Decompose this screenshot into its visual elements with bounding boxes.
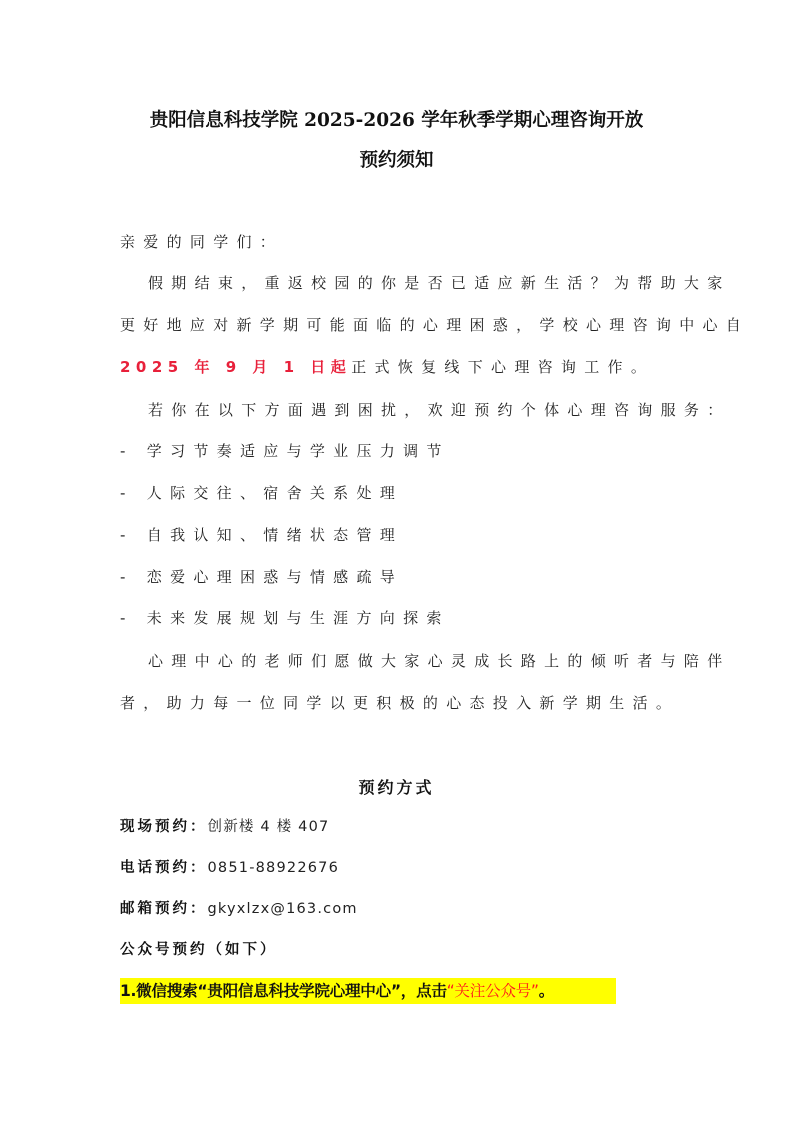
contact-label: 现场预约： — [120, 819, 208, 835]
contact-value: 创新楼 4 楼 407 — [208, 819, 330, 835]
section-title-booking-methods: 预约方式 — [0, 775, 793, 798]
intro-line-3-rest: 正式恢复线下心理咨询工作。 — [351, 358, 654, 376]
contact-email: 邮箱预约：gkyxlzx@163.com — [120, 899, 358, 919]
service-item: - 未来发展规划与生涯方向探索 — [120, 608, 680, 628]
contact-phone: 电话预约：0851-88922676 — [120, 858, 339, 878]
intro-line-3: 2025 年 9 月 1 日起正式恢复线下心理咨询工作。 — [120, 357, 680, 377]
document-page: 贵阳信息科技学院 2025-2026 学年秋季学期心理咨询开放 预约须知 亲爱的… — [0, 0, 793, 1122]
service-item: - 自我认知、情绪状态管理 — [120, 525, 680, 545]
wechat-step-text: 1.微信搜索“贵阳信息科技学院心理中心”，点击 — [120, 982, 447, 1000]
intro-line-1: 假期结束，重返校园的你是否已适应新生活？为帮助大家 — [148, 273, 708, 293]
document-title-line2: 预约须知 — [100, 146, 693, 172]
contact-label: 邮箱预约： — [120, 901, 208, 917]
document-title-line1: 贵阳信息科技学院 2025-2026 学年秋季学期心理咨询开放 — [100, 106, 693, 132]
service-item: - 学习节奏适应与学业压力调节 — [120, 441, 680, 461]
closing-line-2: 者，助力每一位同学以更积极的心态投入新学期生活。 — [120, 693, 680, 713]
contact-wechat: 公众号预约（如下） — [120, 940, 278, 960]
start-date-highlight: 2025 年 9 月 1 日起 — [120, 358, 351, 376]
contact-label: 电话预约： — [120, 860, 208, 876]
follow-account-highlight: “关注公众号” — [447, 982, 539, 1000]
service-item: - 恋爱心理困惑与情感疏导 — [120, 567, 680, 587]
contact-onsite: 现场预约：创新楼 4 楼 407 — [120, 817, 329, 837]
contact-value: 0851-88922676 — [208, 860, 340, 876]
wechat-step-end: 。 — [539, 982, 554, 1000]
intro-line-2: 更好地应对新学期可能面临的心理困惑，学校心理咨询中心自 — [120, 315, 680, 335]
services-intro: 若你在以下方面遇到困扰，欢迎预约个体心理咨询服务： — [148, 400, 708, 420]
contact-label: 公众号预约（如下） — [120, 942, 278, 958]
greeting: 亲爱的同学们： — [120, 232, 680, 252]
closing-line-1: 心理中心的老师们愿做大家心灵成长路上的倾听者与陪伴 — [148, 651, 708, 671]
wechat-step-1-highlight: 1.微信搜索“贵阳信息科技学院心理中心”，点击“关注公众号”。 — [120, 978, 616, 1004]
contact-value: gkyxlzx@163.com — [208, 901, 358, 917]
service-item: - 人际交往、宿舍关系处理 — [120, 483, 680, 503]
